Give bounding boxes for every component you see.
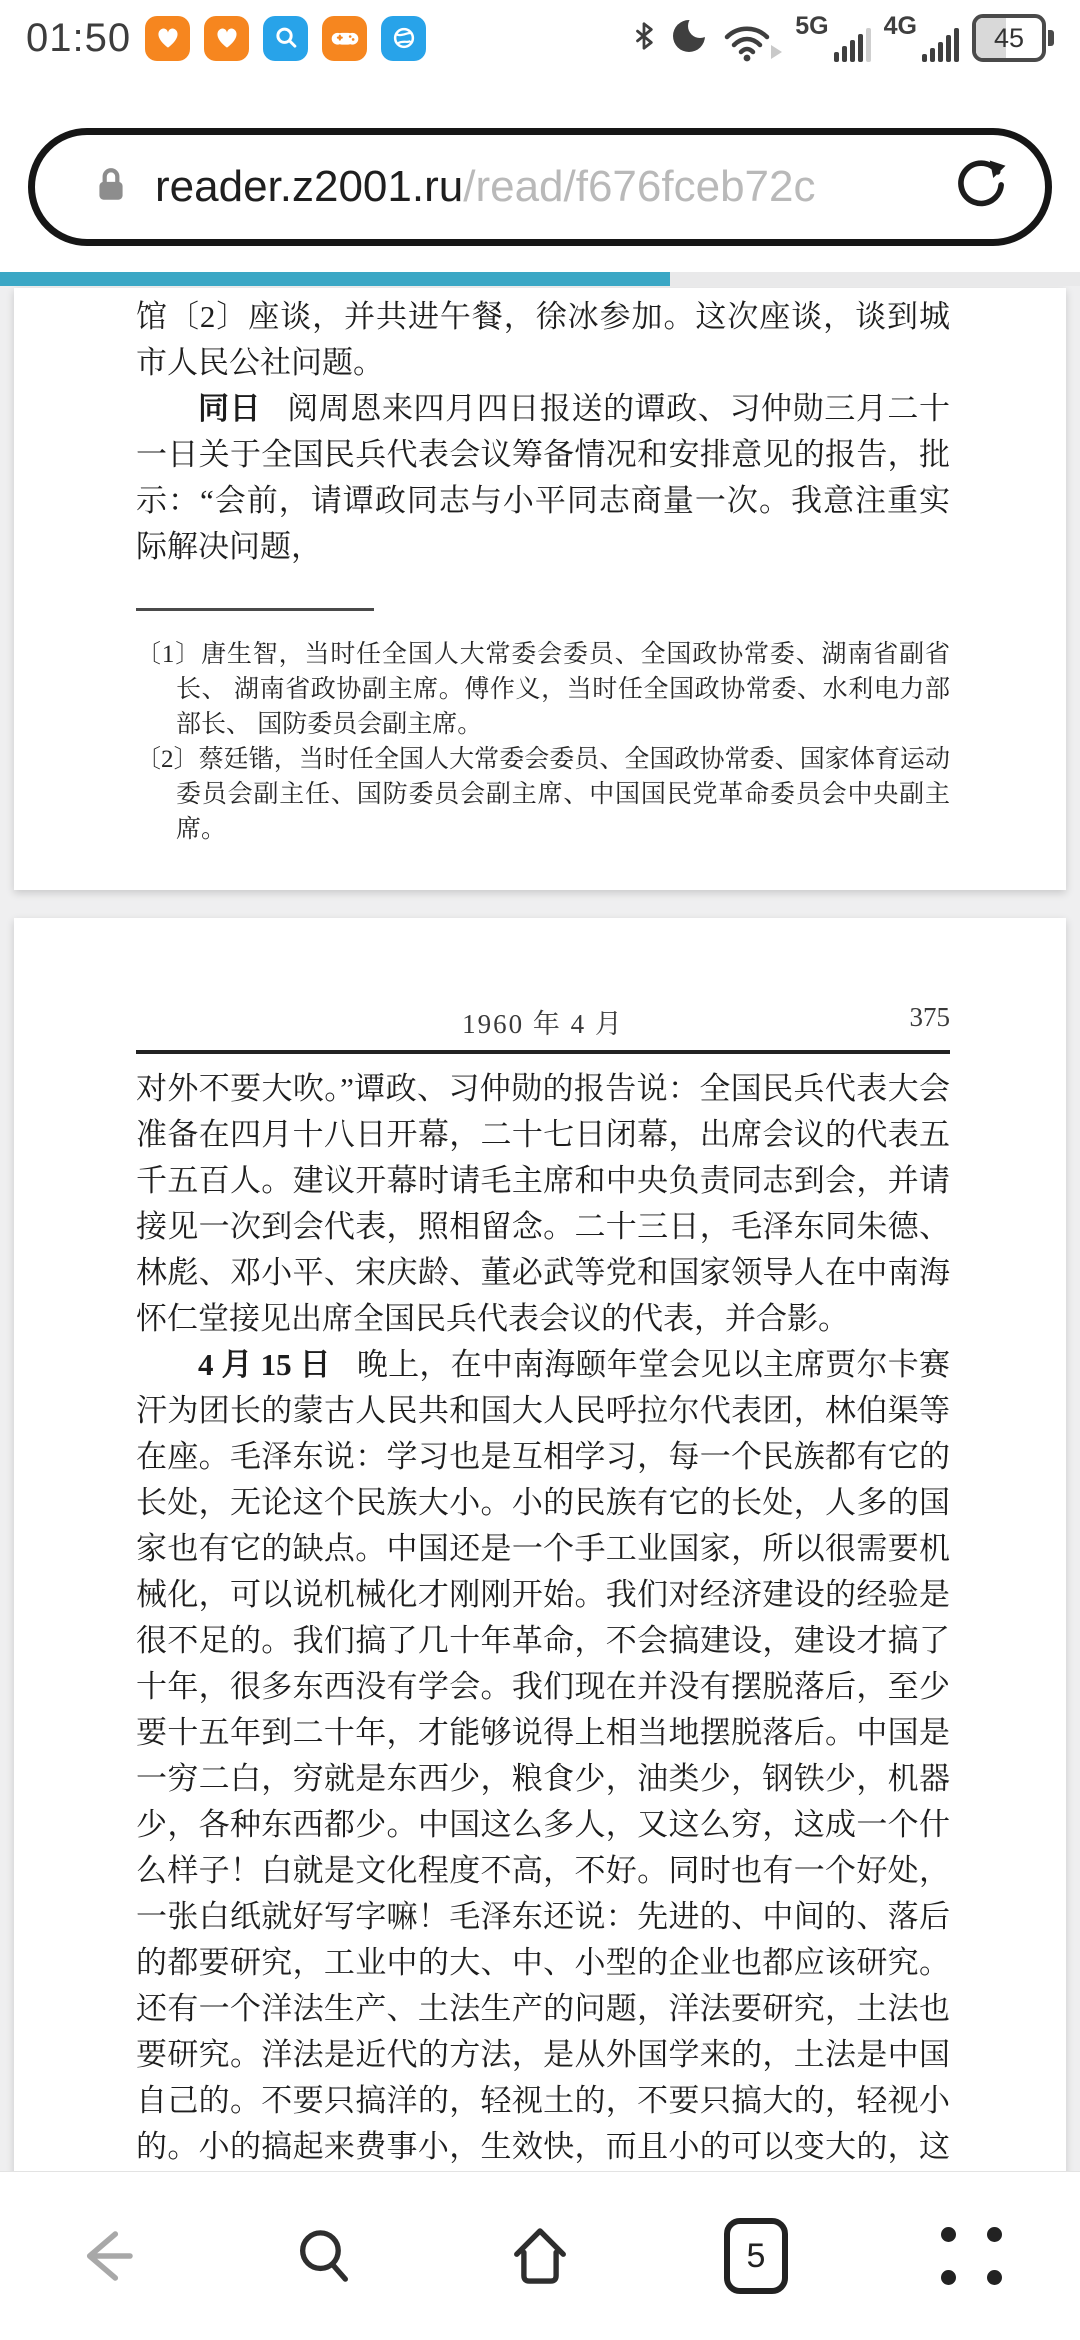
page-progress-fill xyxy=(0,272,670,286)
page-number: 375 xyxy=(910,1002,951,1033)
date-label: 同日 xyxy=(198,391,261,426)
health-heart-icon xyxy=(145,16,190,61)
tab-count: 5 xyxy=(724,2218,788,2294)
footnote-text: 唐生智，当时任全国人大常委会委员、全国政协常委、湖南省副省长、 湖南省政协副主席… xyxy=(176,641,950,738)
tabs-button[interactable]: 5 xyxy=(648,2172,864,2340)
game-app-icon xyxy=(322,16,367,61)
page-load-progress xyxy=(0,272,1080,286)
health-heart-icon xyxy=(204,16,249,61)
book-page-current: 1960 年 4 月 375 对外不要大吹。”谭政、习仲勋的报告说：全国民兵代表… xyxy=(14,918,1066,2172)
footnote: 〔2〕蔡廷锴，当时任全国人大常委会委员、全国政协常委、国家体育运动 委员会副主任… xyxy=(136,742,950,847)
wifi-icon xyxy=(723,24,782,62)
paragraph: 对外不要大吹。”谭政、习仲勋的报告说：全国民兵代表大会准备在四月十八日开幕，二十… xyxy=(136,1066,950,1342)
battery-percent: 45 xyxy=(994,23,1024,54)
status-bar: 01:50 xyxy=(0,0,1080,76)
clock-time: 01:50 xyxy=(26,16,131,61)
footnote-marker: 〔2〕 xyxy=(136,746,199,773)
url-text: reader.z2001.ru/read/f676fceb72c xyxy=(155,162,953,212)
address-bar[interactable]: reader.z2001.ru/read/f676fceb72c xyxy=(28,128,1052,246)
footnote-divider xyxy=(136,608,374,611)
signal-4g-icon: 4G xyxy=(884,14,959,62)
header-rule xyxy=(136,1050,950,1054)
menu-dots-icon xyxy=(941,2227,1003,2285)
bluetooth-icon xyxy=(631,17,657,60)
wifi-calling-icon xyxy=(771,45,782,59)
footnote-text: 蔡廷锴，当时任全国人大常委会委员、全国政协常委、国家体育运动 委员会副主任、国防… xyxy=(176,746,950,843)
date-label: 4 月 15 日 xyxy=(198,1347,331,1382)
url-domain: reader.z2001.ru xyxy=(155,162,463,211)
phone-screen: 01:50 xyxy=(0,0,1080,2340)
search-button[interactable] xyxy=(216,2172,432,2340)
paragraph-text: 晚上，在中南海颐年堂会见以主席贾尔卡赛汗为团长的蒙古人民共和国大人民呼拉尔代表团… xyxy=(136,1347,950,2172)
footnote-marker: 〔1〕 xyxy=(136,641,201,668)
browser-globe-icon xyxy=(381,16,426,61)
chapter-date-heading: 1960 年 4 月 xyxy=(136,1002,950,1041)
back-arrow-icon xyxy=(90,2234,130,2278)
signal-5g-icon: 5G xyxy=(795,14,870,62)
night-mode-moon-icon xyxy=(670,15,710,60)
paragraph: 馆〔2〕座谈，并共进午餐，徐冰参加。这次座谈，谈到城市人民公社问题。 xyxy=(136,294,950,386)
footnote: 〔1〕唐生智，当时任全国人大常委会委员、全国政协常委、湖南省副省长、 湖南省政协… xyxy=(136,637,950,742)
paragraph: 同日阅周恩来四月四日报送的谭政、习仲勋三月二十一日关于全国民兵代表会议筹备情况和… xyxy=(136,386,950,570)
padlock-icon xyxy=(95,165,127,210)
back-button[interactable] xyxy=(0,2172,216,2340)
page-header: 1960 年 4 月 375 xyxy=(136,1002,950,1042)
browser-nav-bar: 5 xyxy=(0,2171,1080,2340)
menu-button[interactable] xyxy=(864,2172,1080,2340)
battery-icon: 45 xyxy=(972,14,1054,62)
book-page-previous: 馆〔2〕座谈，并共进午餐，徐冰参加。这次座谈，谈到城市人民公社问题。 同日阅周恩… xyxy=(14,288,1066,890)
url-path: /read/f676fceb72c xyxy=(463,162,815,211)
reader-scroll-area[interactable]: 馆〔2〕座谈，并共进午餐，徐冰参加。这次座谈，谈到城市人民公社问题。 同日阅周恩… xyxy=(0,286,1080,2172)
search-app-icon xyxy=(263,16,308,61)
home-button[interactable] xyxy=(432,2172,648,2340)
paragraph: 4 月 15 日晚上，在中南海颐年堂会见以主席贾尔卡赛汗为团长的蒙古人民共和国大… xyxy=(136,1342,950,2172)
reload-icon[interactable] xyxy=(953,157,1009,218)
